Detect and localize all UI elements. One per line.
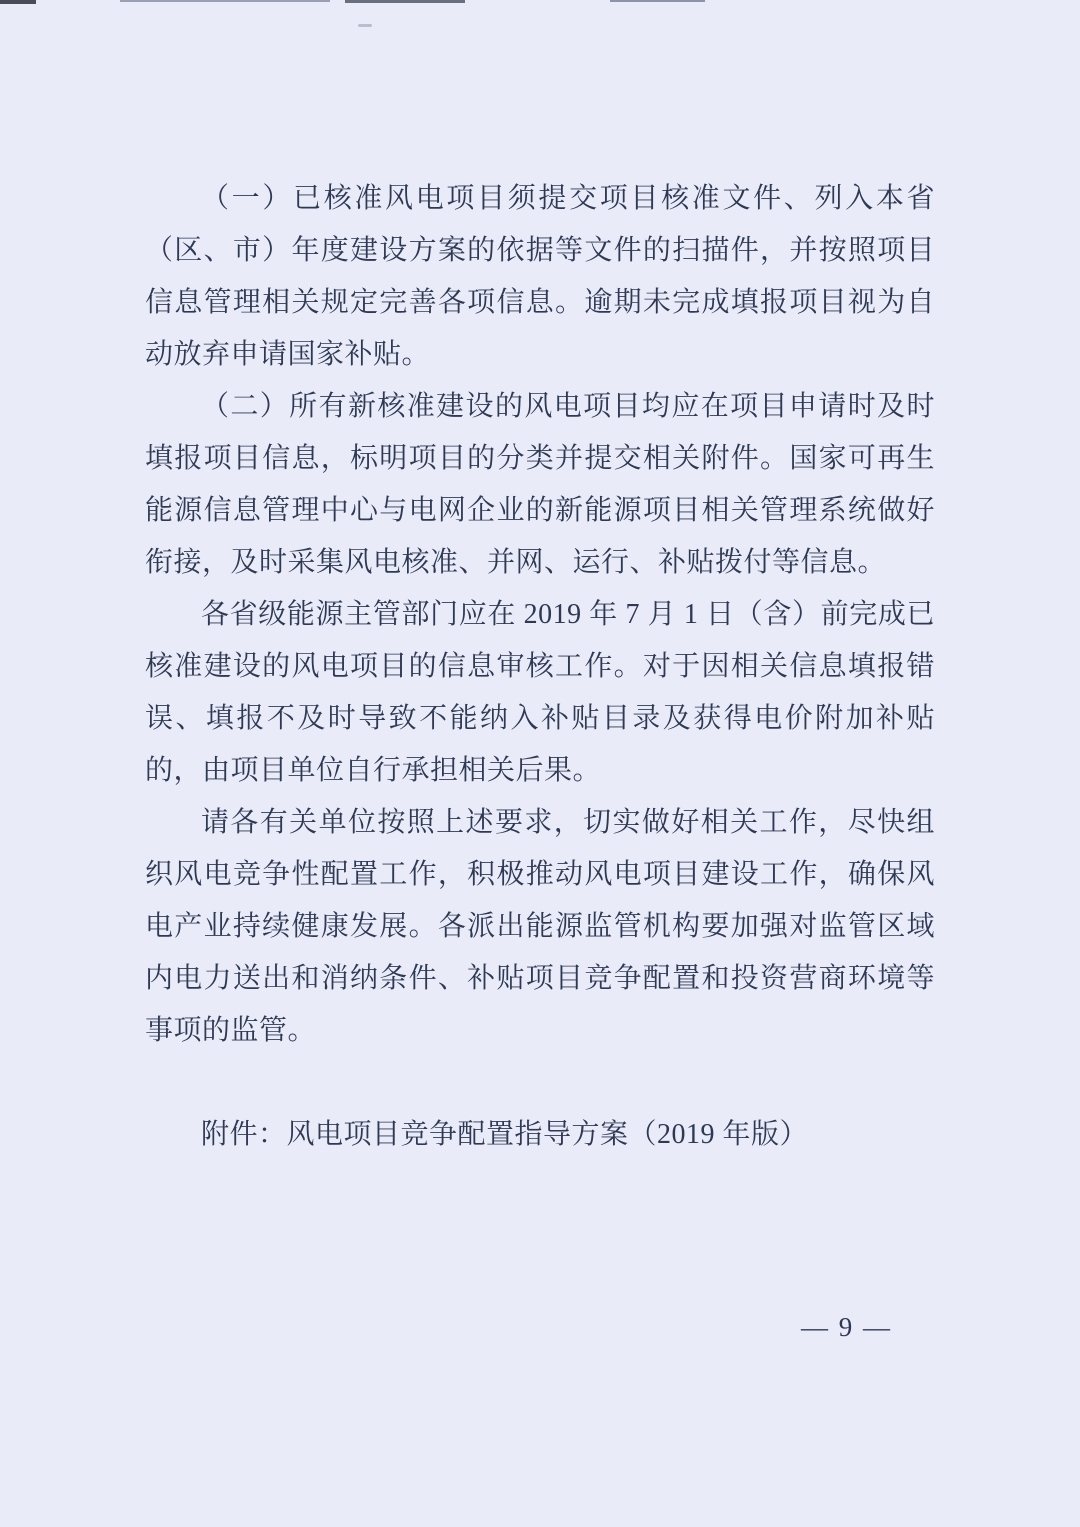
paragraph-item-2: （二）所有新核准建设的风电项目均应在项目申请时及时填报项目信息，标明项目的分类并… [145, 381, 935, 589]
document-body: （一）已核准风电项目须提交项目核准文件、列入本省（区、市）年度建设方案的依据等文… [145, 173, 935, 1161]
page-footer: — 9 — [0, 1312, 1080, 1343]
paragraph-deadline: 各省级能源主管部门应在 2019 年 7 月 1 日（含）前完成已核准建设的风电… [145, 589, 935, 797]
scan-artifact-top [120, 0, 330, 2]
scan-artifact-top [345, 0, 465, 3]
attachment-line: 附件：风电项目竞争配置指导方案（2019 年版） [145, 1109, 935, 1161]
scan-artifact-top [0, 0, 36, 4]
scan-artifact-speck [358, 24, 372, 27]
document-page: （一）已核准风电项目须提交项目核准文件、列入本省（区、市）年度建设方案的依据等文… [0, 0, 1080, 1527]
scan-artifact-top [610, 0, 705, 2]
paragraph-item-1: （一）已核准风电项目须提交项目核准文件、列入本省（区、市）年度建设方案的依据等文… [145, 173, 935, 381]
paragraph-closing: 请各有关单位按照上述要求，切实做好相关工作，尽快组织风电竞争性配置工作，积极推动… [145, 797, 935, 1057]
page-number: — 9 — [801, 1312, 892, 1343]
